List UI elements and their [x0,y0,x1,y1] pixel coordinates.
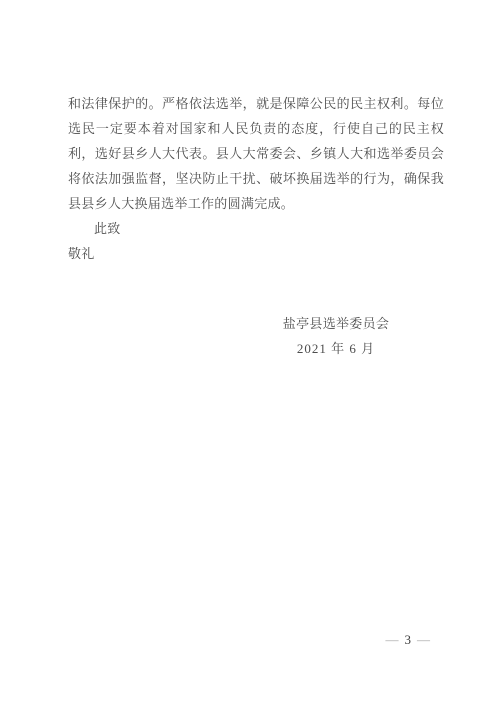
signature-committee-name: 盐亭县选举委员会 [228,311,444,336]
body-text-line: 将依法加强监督，坚决防止干扰、破坏换届选举的行为，确保我 [68,166,444,191]
page-number: —3— [386,633,431,647]
closing-regards: 敬礼 [68,241,444,266]
closing-salutation: 此致 [68,216,444,241]
page-number-dash-right: — [417,632,430,647]
body-text-line: 选民一定要本着对国家和人民负责的态度，行使自己的民主权 [68,116,444,141]
body-paragraph: 和法律保护的。严格依法选举，就是保障公民的民主权利。每位 选民一定要本着对国家和… [68,91,444,266]
signature-date: 2021 年 6 月 [228,336,444,361]
body-text-line: 和法律保护的。严格依法选举，就是保障公民的民主权利。每位 [68,91,444,116]
body-text-line: 县县乡人大换届选举工作的圆满完成。 [68,191,444,216]
page-number-value: 3 [405,632,412,647]
signature-block: 盐亭县选举委员会 2021 年 6 月 [228,311,444,361]
document-page: 和法律保护的。严格依法选举，就是保障公民的民主权利。每位 选民一定要本着对国家和… [0,0,500,707]
body-text-line: 利，选好县乡人大代表。县人大常委会、乡镇人大和选举委员会 [68,141,444,166]
page-number-dash-left: — [386,632,399,647]
